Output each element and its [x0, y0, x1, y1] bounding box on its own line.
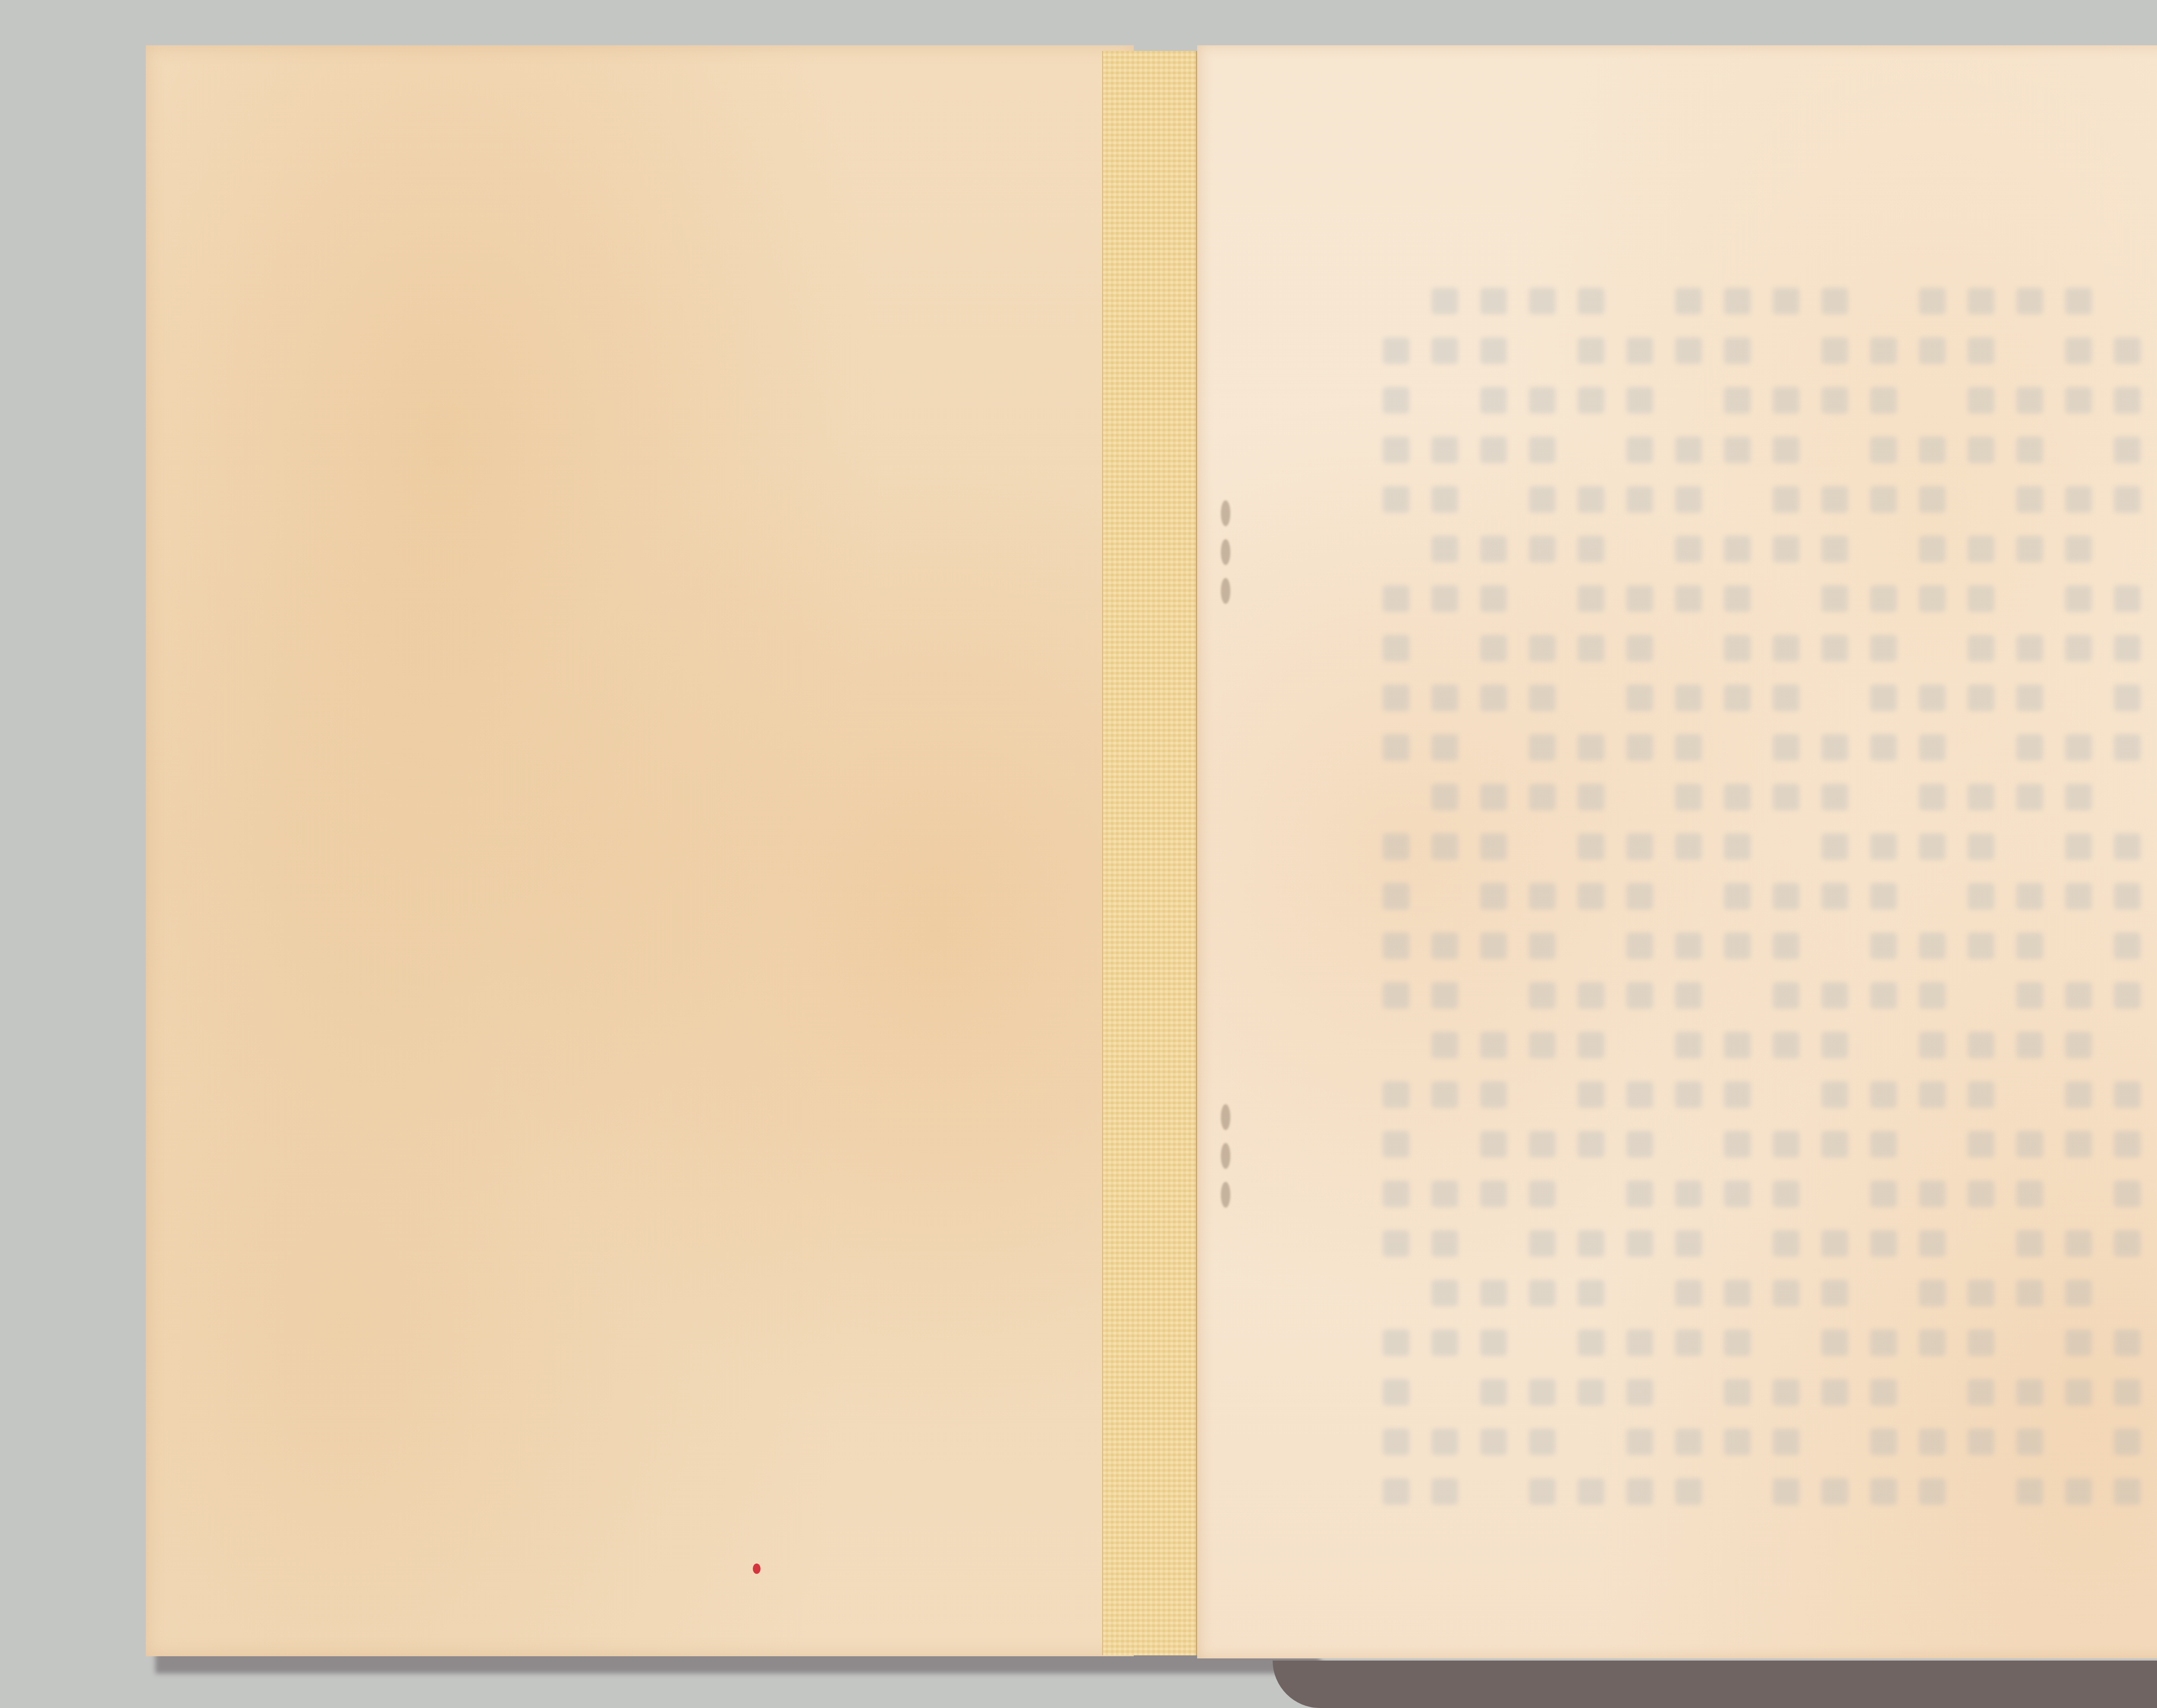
red-ink-mark — [753, 1564, 761, 1574]
ghost-glyph — [1383, 387, 1409, 414]
ghost-glyph — [2114, 982, 2141, 1009]
ghost-glyph — [1724, 436, 1751, 463]
ghost-glyph — [1968, 1131, 1994, 1158]
ghost-glyph — [1919, 585, 1946, 612]
ghost-glyph — [1968, 1429, 1994, 1455]
left-page — [146, 45, 1134, 1656]
ghost-glyph — [1968, 932, 1994, 959]
ghost-glyph — [1968, 1032, 1994, 1058]
ghost-glyph — [1919, 833, 1946, 860]
ghost-glyph — [1529, 883, 1556, 910]
ghost-glyph — [1578, 585, 1604, 612]
ghost-glyph — [1968, 387, 1994, 414]
ghost-glyph — [1480, 436, 1507, 463]
ghost-glyph — [1480, 1081, 1507, 1108]
ghost-glyph — [1724, 337, 1751, 364]
ghost-glyph — [2016, 486, 2043, 513]
ghost-glyph — [1529, 784, 1556, 810]
ghost-glyph — [1431, 1429, 1458, 1455]
ghost-glyph — [1383, 734, 1409, 761]
ghost-glyph — [1773, 1230, 1799, 1257]
ghost-glyph — [1821, 1379, 1848, 1406]
ghost-glyph — [2065, 1131, 2092, 1158]
ghost-glyph — [1431, 734, 1458, 761]
ghost-glyph — [1529, 436, 1556, 463]
ghost-glyph — [1529, 288, 1556, 314]
ghost-glyph — [1383, 1429, 1409, 1455]
ghost-glyph — [1675, 1429, 1702, 1455]
ghost-glyph — [1383, 833, 1409, 860]
ghost-glyph — [2016, 883, 2043, 910]
ghost-glyph — [2065, 1280, 2092, 1306]
ghost-glyph — [1578, 833, 1604, 860]
ghost-glyph — [1431, 1280, 1458, 1306]
ghost-glyph — [1383, 1131, 1409, 1158]
ghost-glyph — [1919, 536, 1946, 562]
ghost-glyph — [1919, 684, 1946, 711]
ghost-glyph — [1626, 635, 1653, 662]
ghost-glyph — [2065, 1230, 2092, 1257]
ghost-glyph — [1870, 684, 1897, 711]
ghost-glyph — [1968, 585, 1994, 612]
ghost-glyph — [1968, 1379, 1994, 1406]
ghost-glyph — [2016, 288, 2043, 314]
ghost-glyph — [1626, 436, 1653, 463]
ghost-glyph — [1480, 337, 1507, 364]
ghost-glyph — [1821, 387, 1848, 414]
ghost-glyph — [1626, 1230, 1653, 1257]
ghost-glyph — [1431, 1181, 1458, 1207]
ghost-glyph — [2114, 833, 2141, 860]
ghost-glyph — [2065, 536, 2092, 562]
ghost-glyph — [1919, 734, 1946, 761]
ghost-glyph — [1870, 1429, 1897, 1455]
ghost-glyph — [1724, 635, 1751, 662]
ghost-glyph — [1626, 833, 1653, 860]
ghost-glyph — [1529, 982, 1556, 1009]
ghost-glyph — [1480, 684, 1507, 711]
ghost-glyph — [1578, 982, 1604, 1009]
ghost-glyph — [1383, 1081, 1409, 1108]
ghost-glyph — [1480, 1329, 1507, 1356]
ghost-glyph — [1675, 1280, 1702, 1306]
ghost-glyph — [1870, 1230, 1897, 1257]
ghost-glyph — [2065, 1081, 2092, 1108]
ghost-glyph — [1480, 585, 1507, 612]
ghost-glyph — [1870, 982, 1897, 1009]
ghost-glyph — [1919, 982, 1946, 1009]
ghost-glyph — [1773, 1379, 1799, 1406]
ghost-glyph — [1870, 585, 1897, 612]
ghost-glyph — [1821, 1131, 1848, 1158]
ghost-glyph — [1773, 883, 1799, 910]
ghost-glyph — [1529, 536, 1556, 562]
ghost-glyph — [1431, 337, 1458, 364]
ghost-glyph — [1870, 337, 1897, 364]
ghost-glyph — [1431, 486, 1458, 513]
ghost-glyph — [1773, 387, 1799, 414]
ghost-glyph — [2065, 1478, 2092, 1505]
ghost-glyph — [2114, 585, 2141, 612]
ghost-glyph — [2016, 734, 2043, 761]
ghost-glyph — [1626, 486, 1653, 513]
ghost-glyph — [1724, 1280, 1751, 1306]
ghost-glyph — [2065, 784, 2092, 810]
ghost-glyph — [1578, 536, 1604, 562]
ghost-glyph — [1821, 1329, 1848, 1356]
ghost-glyph — [1675, 337, 1702, 364]
ghost-glyph — [1431, 1230, 1458, 1257]
ghost-glyph — [1821, 288, 1848, 314]
ghost-glyph — [2016, 1280, 2043, 1306]
ghost-glyph — [1724, 387, 1751, 414]
ghost-glyph — [1480, 1379, 1507, 1406]
ghost-glyph — [2016, 1429, 2043, 1455]
ghost-glyph — [1480, 288, 1507, 314]
ghost-glyph — [2016, 684, 2043, 711]
ghost-glyph — [1480, 1032, 1507, 1058]
ghost-glyph — [1578, 1081, 1604, 1108]
ghost-glyph — [2065, 486, 2092, 513]
ghost-glyph — [1968, 436, 1994, 463]
ghost-glyph — [1480, 1131, 1507, 1158]
ghost-glyph — [1870, 734, 1897, 761]
ghost-glyph — [1529, 1280, 1556, 1306]
ghost-glyph — [2114, 1429, 2141, 1455]
ghost-glyph — [1724, 1329, 1751, 1356]
ghost-glyph — [1968, 536, 1994, 562]
ghost-glyph — [1968, 1329, 1994, 1356]
ghost-glyph — [1919, 1230, 1946, 1257]
ghost-glyph — [1675, 784, 1702, 810]
ghost-glyph — [1919, 784, 1946, 810]
ghost-glyph — [1383, 337, 1409, 364]
ghost-glyph — [2114, 883, 2141, 910]
margin-marks — [1221, 500, 1234, 1449]
ghost-glyph — [1431, 436, 1458, 463]
ghost-glyph — [1383, 1329, 1409, 1356]
ghost-glyph — [1821, 784, 1848, 810]
ghost-glyph — [1529, 1230, 1556, 1257]
ghost-glyph — [1773, 536, 1799, 562]
ghost-glyph — [1919, 436, 1946, 463]
ghost-glyph — [1675, 734, 1702, 761]
ghost-glyph — [2114, 1379, 2141, 1406]
spine-binding-tape — [1102, 51, 1197, 1655]
ghost-glyph — [2114, 387, 2141, 414]
ghost-glyph — [1431, 833, 1458, 860]
ghost-glyph — [1480, 1181, 1507, 1207]
ghost-glyph — [1383, 1230, 1409, 1257]
ghost-glyph — [1480, 635, 1507, 662]
ghost-glyph — [1968, 288, 1994, 314]
ghost-glyph — [1578, 1329, 1604, 1356]
ghost-glyph — [1529, 486, 1556, 513]
ghost-glyph — [1821, 833, 1848, 860]
ghost-glyph — [1480, 833, 1507, 860]
ghost-glyph — [1821, 635, 1848, 662]
ghost-glyph — [1431, 784, 1458, 810]
ghost-glyph — [1675, 1081, 1702, 1108]
ghost-glyph — [1480, 932, 1507, 959]
ghost-glyph — [1675, 833, 1702, 860]
ghost-glyph — [2065, 337, 2092, 364]
ghost-glyph — [1821, 883, 1848, 910]
ghost-glyph — [1870, 486, 1897, 513]
ghost-glyph — [1626, 1081, 1653, 1108]
ghost-glyph — [2016, 932, 2043, 959]
ghost-glyph — [1773, 734, 1799, 761]
ghost-glyph — [1431, 288, 1458, 314]
ghost-glyph — [1626, 734, 1653, 761]
ghost-glyph — [1383, 486, 1409, 513]
ghost-glyph — [1578, 1032, 1604, 1058]
ghost-glyph — [1870, 1081, 1897, 1108]
ghost-glyph — [1431, 1032, 1458, 1058]
ghost-glyph — [1383, 932, 1409, 959]
ghost-glyph — [1968, 1181, 1994, 1207]
ghost-glyph — [1626, 982, 1653, 1009]
book-shadow — [1273, 1661, 2157, 1708]
ghost-glyph — [1773, 288, 1799, 314]
ghost-glyph — [1529, 734, 1556, 761]
ghost-glyph — [1724, 1032, 1751, 1058]
ghost-glyph — [1821, 585, 1848, 612]
ghost-glyph — [1870, 833, 1897, 860]
ghost-glyph — [1773, 1131, 1799, 1158]
ghost-glyph — [1383, 585, 1409, 612]
ghost-glyph — [1578, 486, 1604, 513]
ghost-glyph — [1919, 486, 1946, 513]
ghost-glyph — [1480, 387, 1507, 414]
ghost-glyph — [1919, 1280, 1946, 1306]
ghost-glyph — [1578, 1379, 1604, 1406]
ghost-glyph — [1675, 932, 1702, 959]
ghost-glyph — [1724, 536, 1751, 562]
ghost-glyph — [1529, 1032, 1556, 1058]
ghost-glyph — [1870, 932, 1897, 959]
ghost-glyph — [1919, 1081, 1946, 1108]
ghost-glyph — [2114, 1081, 2141, 1108]
ghost-glyph — [1578, 1131, 1604, 1158]
ghost-glyph — [1870, 1478, 1897, 1505]
ghost-glyph — [1821, 982, 1848, 1009]
ghost-glyph — [1724, 585, 1751, 612]
ghost-glyph — [1773, 1478, 1799, 1505]
ghost-glyph — [1480, 883, 1507, 910]
ghost-glyph — [1578, 1280, 1604, 1306]
ghost-glyph — [1431, 684, 1458, 711]
ghost-glyph — [2114, 1181, 2141, 1207]
ghost-glyph — [1724, 833, 1751, 860]
ghost-glyph — [1821, 1230, 1848, 1257]
ghost-glyph — [1529, 387, 1556, 414]
ghost-glyph — [1675, 1478, 1702, 1505]
ghost-glyph — [1626, 585, 1653, 612]
ghost-glyph — [2065, 982, 2092, 1009]
ghost-glyph — [1431, 982, 1458, 1009]
ghost-glyph — [1870, 1329, 1897, 1356]
ghost-glyph — [1626, 684, 1653, 711]
ghost-glyph — [1675, 982, 1702, 1009]
ghost-glyph — [1724, 1429, 1751, 1455]
ghost-glyph — [2065, 883, 2092, 910]
ghost-glyph — [1626, 932, 1653, 959]
ghost-glyph — [1919, 1181, 1946, 1207]
ghost-glyph — [1724, 1181, 1751, 1207]
ghost-glyph — [1724, 932, 1751, 959]
ghost-glyph — [2065, 635, 2092, 662]
ghost-glyph — [1431, 1478, 1458, 1505]
ghost-glyph — [1675, 1032, 1702, 1058]
ghost-glyph — [2065, 387, 2092, 414]
ghost-glyph — [1821, 1032, 1848, 1058]
ghost-glyph — [1675, 536, 1702, 562]
ghost-glyph — [1480, 1429, 1507, 1455]
ghost-glyph — [1968, 684, 1994, 711]
ghost-glyph — [1431, 1081, 1458, 1108]
ghost-glyph — [1383, 982, 1409, 1009]
ghost-glyph — [1383, 1478, 1409, 1505]
ghost-glyph — [1870, 1181, 1897, 1207]
ghost-glyph — [1675, 585, 1702, 612]
ghost-glyph — [1529, 635, 1556, 662]
ghost-glyph — [1773, 1280, 1799, 1306]
ghost-glyph — [1529, 1181, 1556, 1207]
ghost-glyph — [1968, 337, 1994, 364]
ghost-glyph — [2065, 1329, 2092, 1356]
ghost-glyph — [1968, 1280, 1994, 1306]
ghost-glyph — [1431, 1329, 1458, 1356]
ghost-glyph — [1773, 982, 1799, 1009]
ghost-glyph — [1773, 784, 1799, 810]
ghost-glyph — [1431, 585, 1458, 612]
ghost-glyph — [1919, 932, 1946, 959]
ghost-glyph — [2065, 734, 2092, 761]
ghost-glyph — [2065, 1032, 2092, 1058]
ghost-glyph — [2016, 1379, 2043, 1406]
ghost-glyph — [2016, 436, 2043, 463]
ghost-glyph — [1919, 288, 1946, 314]
ghost-glyph — [2114, 1478, 2141, 1505]
ghost-glyph — [1870, 1131, 1897, 1158]
ghost-glyph — [2114, 734, 2141, 761]
ghost-glyph — [1626, 1478, 1653, 1505]
ghost-glyph — [1480, 536, 1507, 562]
ghost-glyph — [1626, 387, 1653, 414]
ghost-glyph — [2114, 932, 2141, 959]
ghost-glyph — [1773, 684, 1799, 711]
ghost-glyph — [1773, 436, 1799, 463]
ghost-glyph — [1675, 1230, 1702, 1257]
ghost-glyph — [2016, 1478, 2043, 1505]
ghost-glyph — [1821, 734, 1848, 761]
ghost-glyph — [1431, 536, 1458, 562]
ghost-glyph — [1919, 1478, 1946, 1505]
ghost-glyph — [1870, 1379, 1897, 1406]
ghost-glyph — [1821, 1478, 1848, 1505]
ghost-glyph — [1626, 1181, 1653, 1207]
ghost-glyph — [1480, 784, 1507, 810]
ghost-glyph — [1578, 288, 1604, 314]
ghost-glyph — [1870, 387, 1897, 414]
ghost-glyph — [2114, 486, 2141, 513]
ghost-glyph — [1626, 883, 1653, 910]
ghost-glyph — [1626, 1329, 1653, 1356]
ghost-glyph — [1968, 883, 1994, 910]
ghost-glyph — [2114, 684, 2141, 711]
ghost-glyph — [1529, 1131, 1556, 1158]
ghost-glyph — [1870, 635, 1897, 662]
ghost-glyph — [1773, 1181, 1799, 1207]
ghost-glyph — [1578, 734, 1604, 761]
ghost-glyph — [1578, 387, 1604, 414]
ghost-glyph — [2065, 1379, 2092, 1406]
ghost-glyph — [1724, 1081, 1751, 1108]
ghost-glyph — [1675, 684, 1702, 711]
ghost-glyph — [2016, 635, 2043, 662]
ghost-glyph — [1968, 635, 1994, 662]
ghost-glyph — [1919, 1329, 1946, 1356]
ghost-glyph — [1870, 436, 1897, 463]
ghost-glyph — [1383, 1379, 1409, 1406]
ghost-glyph — [2016, 387, 2043, 414]
ghost-glyph — [1919, 1032, 1946, 1058]
ghost-glyph — [1578, 883, 1604, 910]
ghost-glyph — [2016, 1230, 2043, 1257]
ghost-glyph — [2114, 436, 2141, 463]
ghost-glyph — [1773, 1032, 1799, 1058]
ghost-glyph — [1968, 833, 1994, 860]
ghost-glyph — [1578, 337, 1604, 364]
ghost-glyph — [2016, 536, 2043, 562]
show-through-text — [1372, 276, 2157, 1548]
ghost-glyph — [1919, 337, 1946, 364]
ghost-glyph — [1724, 1379, 1751, 1406]
ghost-glyph — [1675, 1329, 1702, 1356]
ghost-glyph — [2114, 1329, 2141, 1356]
ghost-glyph — [2114, 1131, 2141, 1158]
ghost-glyph — [1529, 684, 1556, 711]
ghost-glyph — [1383, 436, 1409, 463]
ghost-glyph — [1383, 1181, 1409, 1207]
ghost-glyph — [1773, 1429, 1799, 1455]
ghost-glyph — [2114, 1230, 2141, 1257]
ghost-glyph — [1578, 1230, 1604, 1257]
ghost-glyph — [1724, 784, 1751, 810]
ghost-glyph — [1529, 1429, 1556, 1455]
ghost-glyph — [1724, 883, 1751, 910]
ghost-glyph — [1773, 635, 1799, 662]
ghost-glyph — [1968, 784, 1994, 810]
ghost-glyph — [1675, 288, 1702, 314]
ghost-glyph — [1626, 1131, 1653, 1158]
ghost-glyph — [1821, 337, 1848, 364]
ghost-glyph — [1724, 1131, 1751, 1158]
ghost-glyph — [1675, 486, 1702, 513]
ghost-glyph — [1968, 1081, 1994, 1108]
ghost-glyph — [2114, 337, 2141, 364]
ghost-glyph — [1529, 1478, 1556, 1505]
ghost-glyph — [1821, 536, 1848, 562]
ghost-glyph — [1431, 932, 1458, 959]
ghost-glyph — [1383, 635, 1409, 662]
ghost-glyph — [1675, 1181, 1702, 1207]
ghost-glyph — [1821, 1081, 1848, 1108]
ghost-glyph — [1870, 883, 1897, 910]
ghost-glyph — [1578, 784, 1604, 810]
ghost-glyph — [1919, 1429, 1946, 1455]
